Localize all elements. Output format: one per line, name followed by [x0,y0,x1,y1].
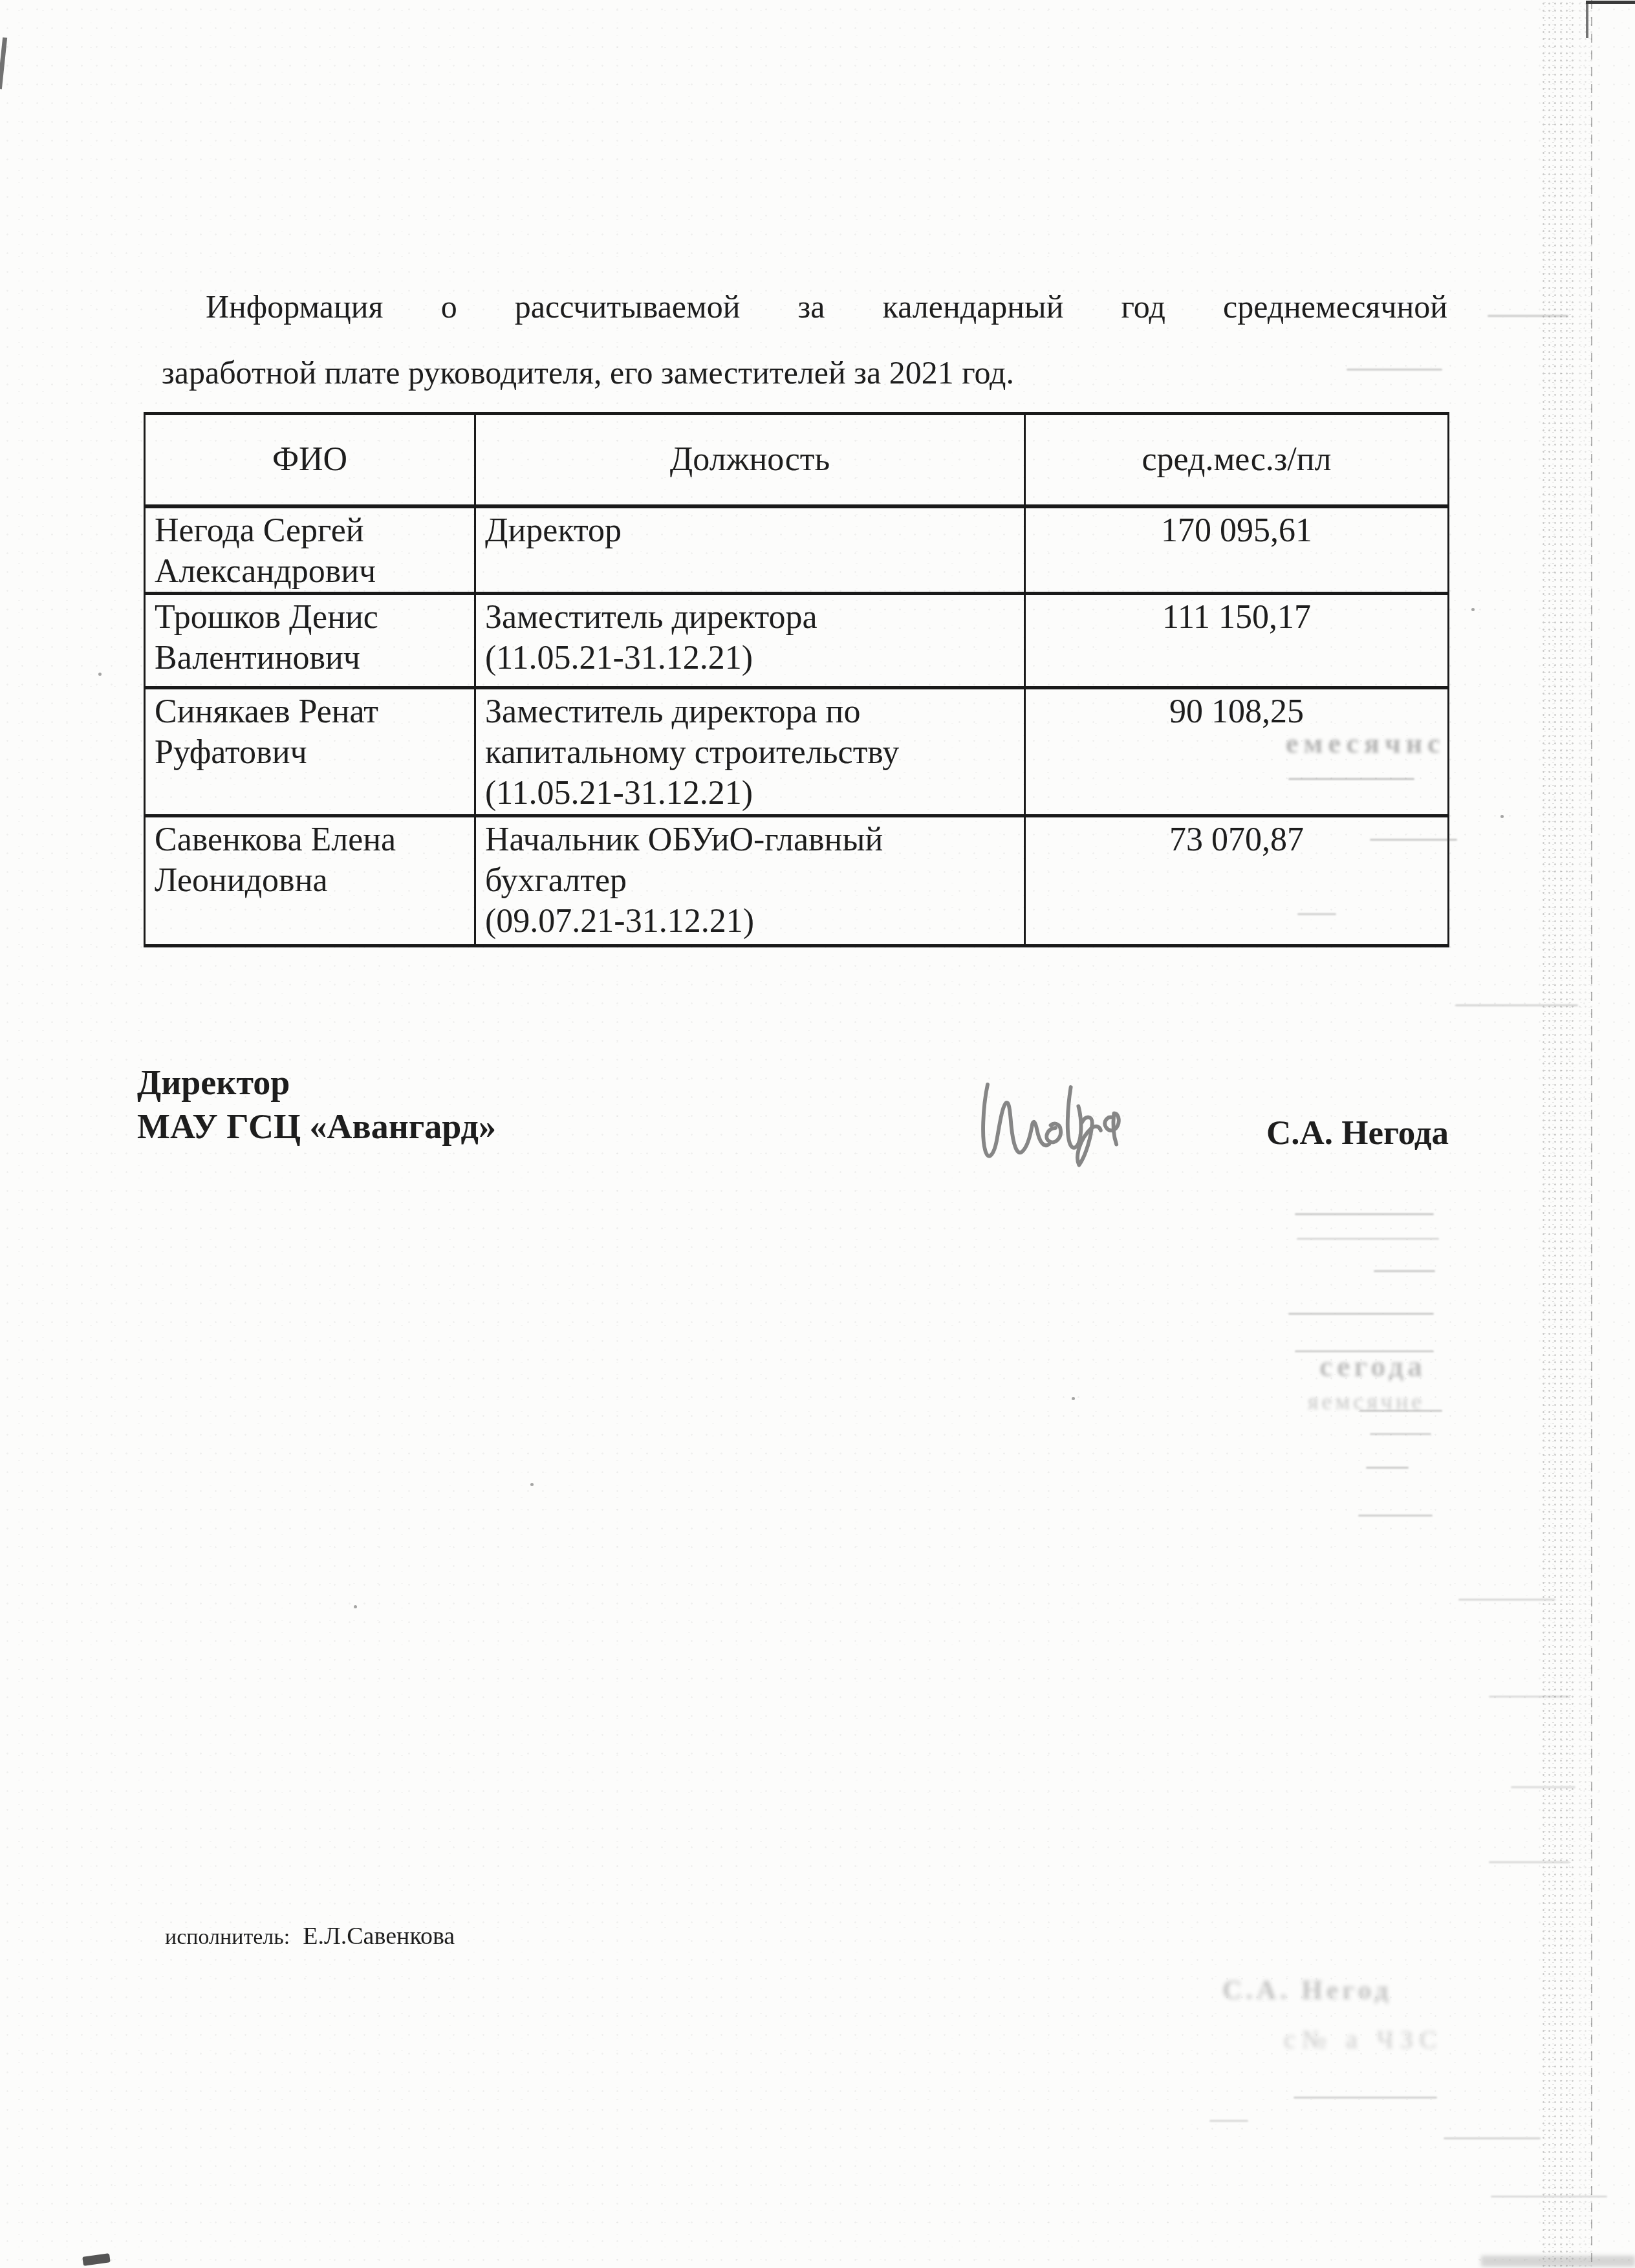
bleedthrough-text: сегода [1319,1349,1426,1383]
fio-line: Александрович [155,551,466,592]
cell-fio: Трошков Денис Валентинович [145,593,475,687]
handwritten-signature [976,1066,1129,1178]
signature-role-line2: МАУ ГСЦ «Авангард» [137,1105,496,1149]
scan-artifact-dash [1488,315,1568,317]
scan-artifact-speck [1500,815,1504,818]
scan-artifact-dash [1347,369,1442,371]
scan-artifact-dash [1358,1515,1433,1517]
position-line: Заместитель директора [485,597,1016,638]
position-line: Заместитель директора по [485,691,1016,732]
scan-artifact-dash [1370,1433,1431,1435]
cell-fio: Савенкова Елена Леонидовна [145,815,475,945]
scan-artifact-dash [1489,1861,1570,1863]
position-line: (11.05.21-31.12.21) [485,773,1016,814]
salary-table: ФИО Должность сред.мес.з/пл Негода Серге… [144,412,1449,947]
scanned-document-page: Информация о рассчитываемой за календарн… [0,0,1635,2268]
position-line: (09.07.21-31.12.21) [485,901,1016,942]
scan-artifact-speck [1072,1397,1075,1400]
scanner-edge-mark [0,38,7,89]
header-salary: сред.мес.з/пл [1025,414,1449,506]
scanner-edge-mark [1481,2256,1635,2267]
position-line: Директор [485,510,1016,551]
executor-name: Е.Л.Савенкова [303,1922,455,1950]
scan-artifact-speck [354,1605,357,1608]
cell-position: Директор [475,506,1025,594]
scan-artifact-dash [1295,1213,1434,1215]
position-line: бухгалтер [485,860,1016,901]
bleedthrough-text: С.А. Негод [1222,1975,1392,2006]
signature-role-line1: Директор [137,1061,496,1105]
cell-position: Начальник ОБУиО-главный бухгалтер (09.07… [475,815,1025,945]
cell-position: Заместитель директора (11.05.21-31.12.21… [475,593,1025,687]
table-header-row: ФИО Должность сред.мес.з/пл [145,414,1449,506]
scanner-edge-mark [82,2253,111,2266]
executor-line: исполнитель: Е.Л.Савенкова [165,1922,455,1950]
fio-line: Негода Сергей [155,510,466,551]
scan-artifact-dash [1455,1004,1578,1006]
header-position: Должность [475,414,1025,506]
cell-position: Заместитель директора по капитальному ст… [475,687,1025,815]
scan-artifact-dash [1288,1313,1434,1315]
table-row: Трошков Денис Валентинович Заместитель д… [145,593,1449,687]
table-row: Синякаев Ренат Руфатович Заместитель дир… [145,687,1449,815]
scan-artifact-dash [1444,2137,1541,2139]
header-fio: ФИО [145,414,475,506]
cell-fio: Синякаев Ренат Руфатович [145,687,475,815]
cell-fio: Негода Сергей Александрович [145,506,475,594]
position-line: Начальник ОБУиО-главный [485,819,1016,860]
cell-salary: 90 108,25 [1025,687,1449,815]
scan-artifact-speck [1471,608,1475,611]
bleedthrough-text: с№ а ЧЗС [1284,2024,1443,2055]
scan-artifact-dash [1297,1238,1439,1240]
cell-salary: 170 095,61 [1025,506,1449,594]
scanner-edge-line [1591,0,1592,2268]
cell-salary: 111 150,17 [1025,593,1449,687]
cell-salary: 73 070,87 [1025,815,1449,945]
scanner-corner-mark [1586,1,1588,38]
fio-line: Трошков Денис [155,597,466,638]
scan-artifact-dash [1489,1696,1570,1698]
position-line: (11.05.21-31.12.21) [485,638,1016,678]
table-row: Негода Сергей Александрович Директор 170… [145,506,1449,594]
heading-line-2: заработной плате руководителя, его замес… [162,353,1014,392]
scan-artifact-dash [1366,1467,1409,1469]
scan-artifact-dash [1511,1786,1575,1788]
signature-name: С.А. Негода [1266,1114,1449,1152]
scan-artifact-speck [530,1483,534,1486]
scanner-noise-band [1577,0,1596,2268]
scan-artifact-speck [98,673,102,676]
signature-role: Директор МАУ ГСЦ «Авангард» [137,1061,496,1149]
scan-artifact-dash [1295,1350,1434,1352]
scan-artifact-dash [1491,2196,1607,2198]
fio-line: Савенкова Елена [155,819,466,860]
scan-artifact-dash [1294,2097,1437,2099]
fio-line: Синякаев Ренат [155,691,466,732]
scan-artifact-dash [1458,1599,1555,1601]
executor-label: исполнитель: [165,1925,290,1950]
table-row: Савенкова Елена Леонидовна Начальник ОБУ… [145,815,1449,945]
fio-line: Леонидовна [155,860,466,901]
scanner-noise-band [1541,0,1577,2268]
fio-line: Валентинович [155,638,466,678]
bleedthrough-text: яемсячне [1308,1388,1425,1415]
scanner-corner-mark [1586,1,1635,4]
heading-line-1: Информация о рассчитываемой за календарн… [206,287,1447,326]
scan-artifact-dash [1209,2120,1248,2122]
position-line: капитальному строительству [485,732,1016,773]
fio-line: Руфатович [155,732,466,773]
scan-artifact-dash [1374,1270,1435,1272]
scan-artifact-dash [1359,1410,1442,1412]
